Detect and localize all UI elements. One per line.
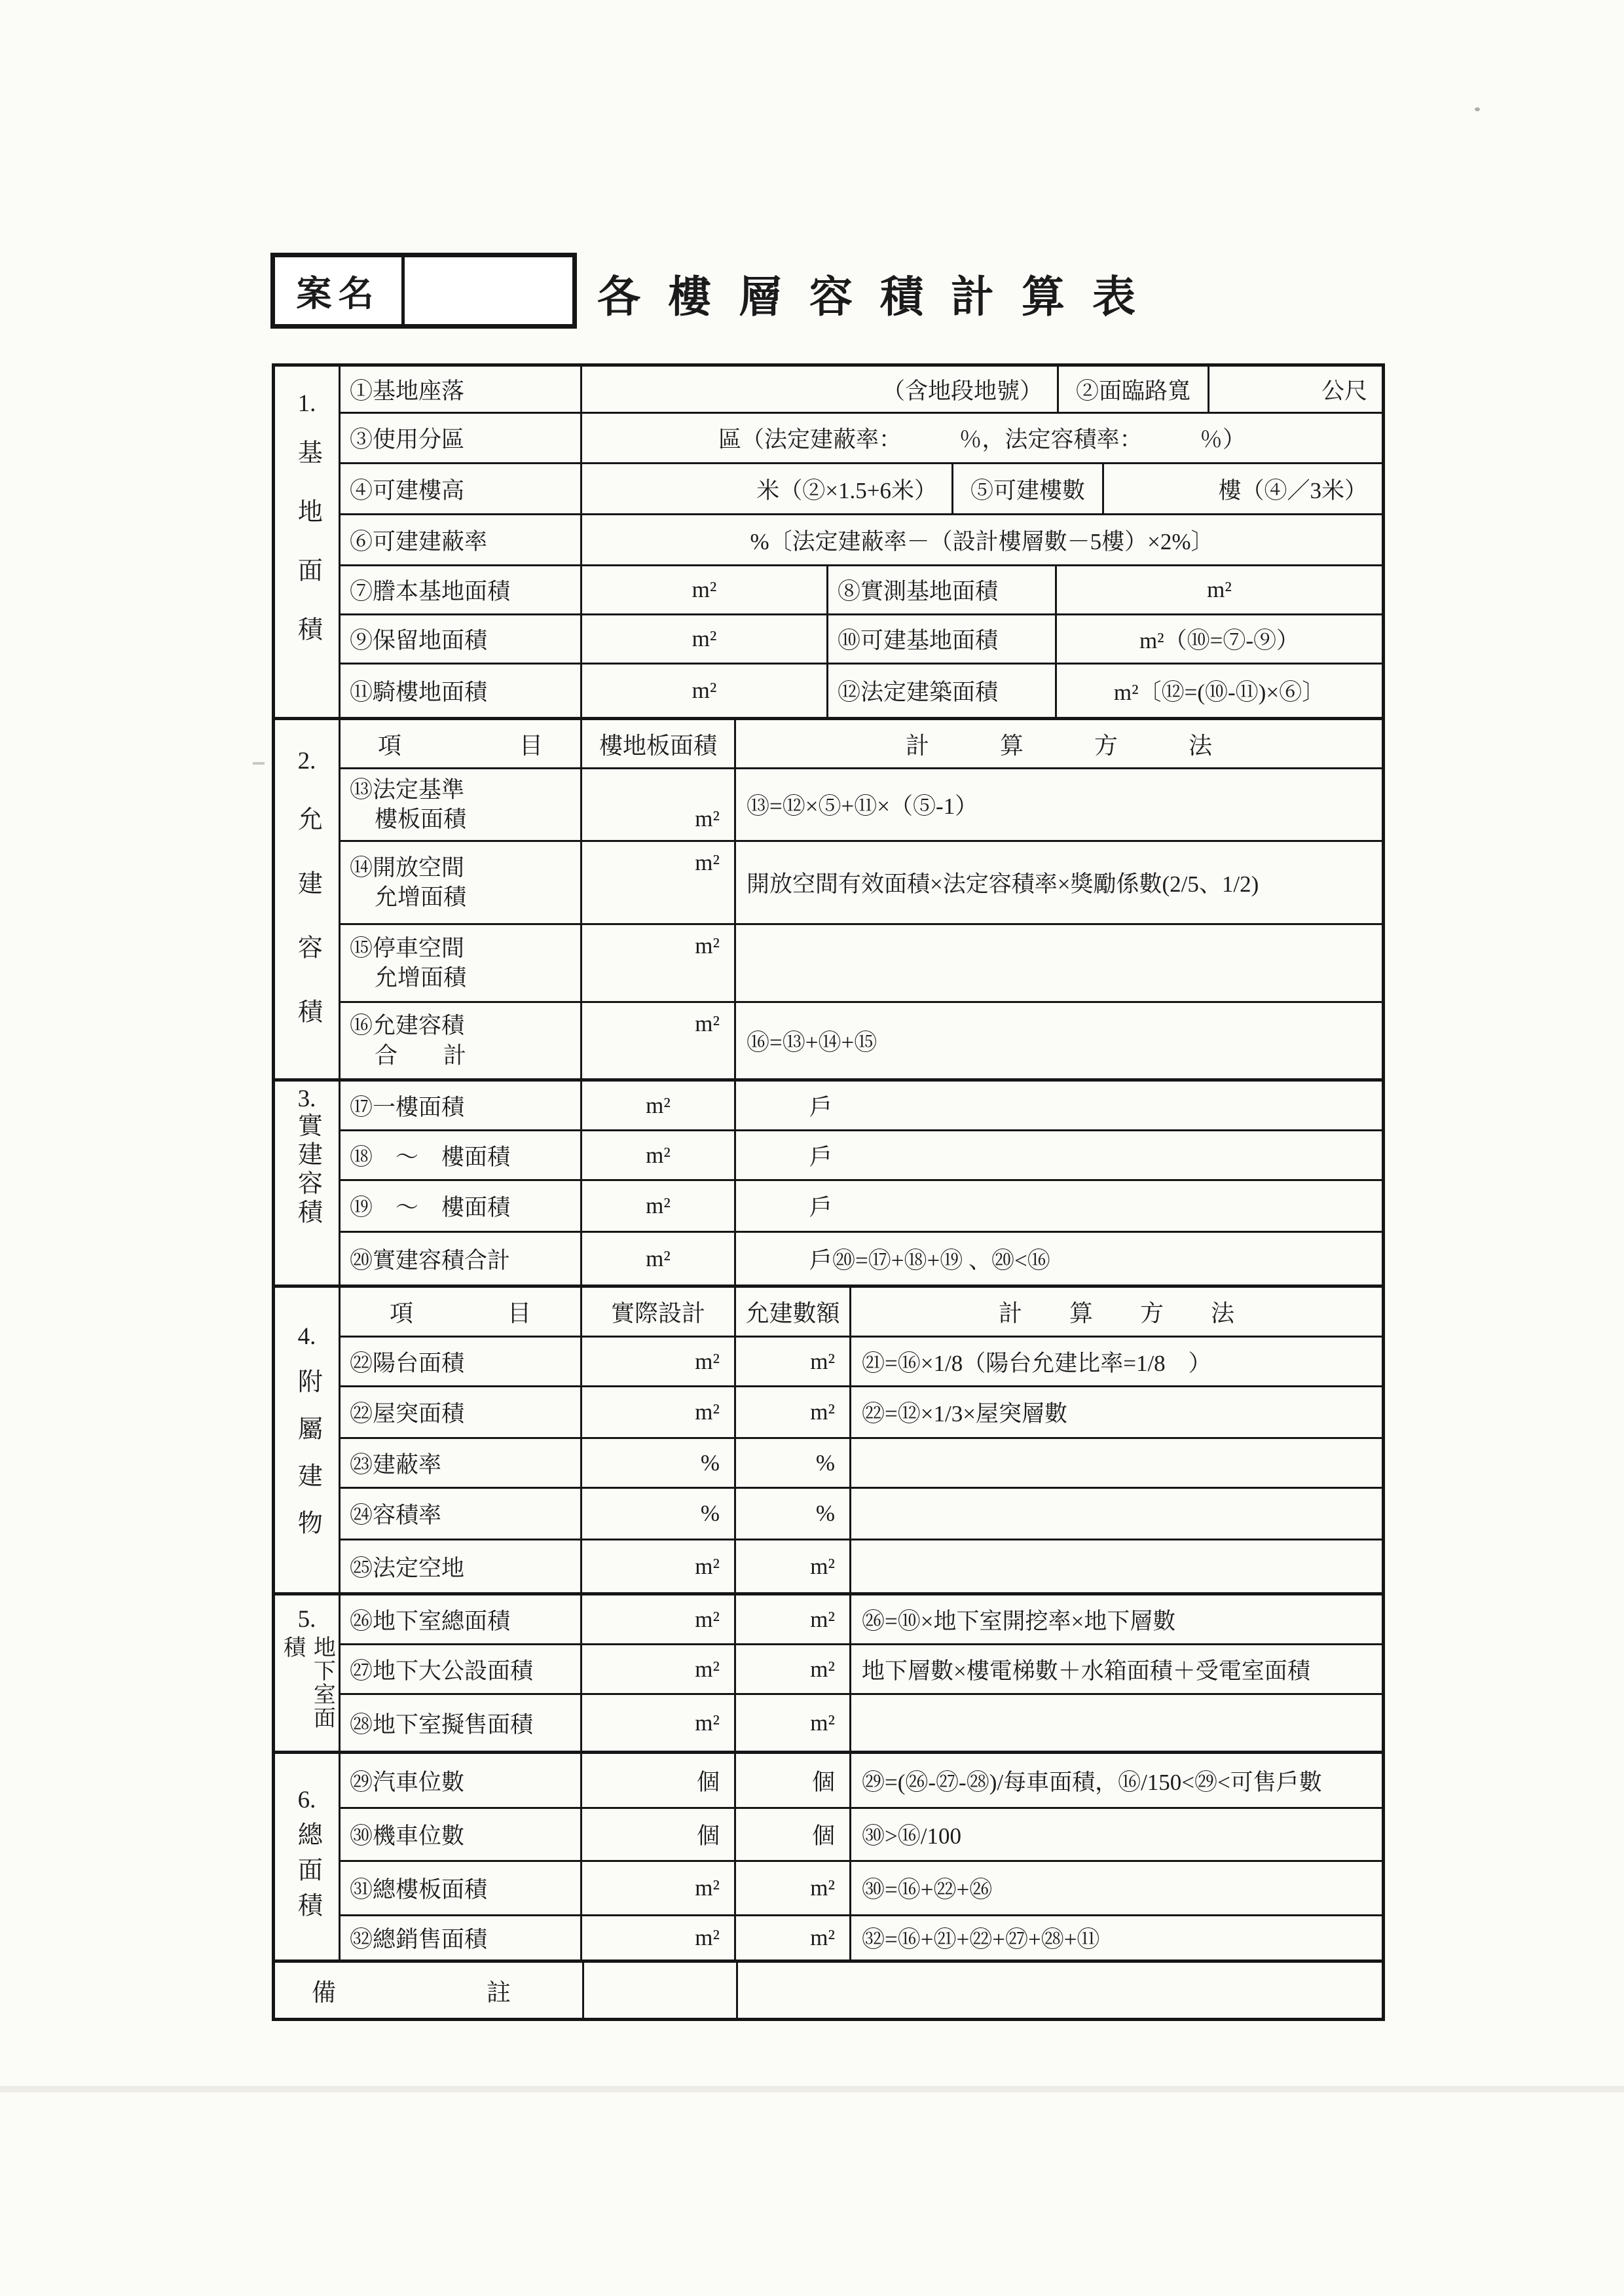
page-title: 各樓層容積計算表	[597, 262, 1163, 324]
col-header-calculation: 計 算 方 法	[851, 1288, 1382, 1336]
item-label: ⑩可建基地面積	[828, 615, 1057, 663]
unit-value: m²	[736, 1862, 851, 1914]
cell-value: 米（②×1.5+6米）	[582, 464, 953, 513]
scan-artifact	[1475, 107, 1480, 111]
formula	[736, 925, 1382, 1001]
remarks-value-cell	[738, 1963, 1382, 2018]
formula	[851, 1540, 1382, 1592]
item-label-line2: 允增面積	[350, 963, 466, 993]
table-row: ⑰一樓面積 m² 戶	[341, 1082, 1382, 1131]
item-label: ㉚機車位數	[341, 1809, 582, 1860]
unit-value: 個	[736, 1754, 851, 1807]
section-site-area: 1. 基地面積 ①基地座落 （含地段地號） ②面臨路寬 公尺 ③使用分區 區（法…	[275, 367, 1382, 720]
section-title: 允建容積	[293, 806, 321, 1063]
col-header-actual-design: 實際設計	[582, 1288, 736, 1336]
col-header-item: 項 目	[341, 1288, 582, 1336]
table-row: ㉛總樓板面積 m² m² ㉚=⑯+㉒+㉖	[341, 1862, 1382, 1916]
unit-value: m²	[582, 1082, 736, 1129]
unit-value: m²	[582, 1181, 736, 1231]
section-basement-area: 5. 地下室面積 ㉖地下室總面積 m² m² ㉖=⑩×地下室開挖率×地下層數 ㉗…	[275, 1595, 1382, 1754]
formula	[851, 1489, 1382, 1539]
formula: ㉑=⑯×1/8（陽台允建比率=1/8 ）	[851, 1338, 1382, 1385]
table-row: ⑪騎樓地面積 m² ⑫法定建築面積 m²〔⑫=(⑩-⑪)×⑥〕	[341, 665, 1382, 717]
unit-value: m²	[736, 1387, 851, 1437]
formula: ㉖=⑩×地下室開挖率×地下層數	[851, 1595, 1382, 1643]
table-row: ⑭開放空間 允增面積 m² 開放空間有效面積×法定容積率×獎勵係數(2/5、1/…	[341, 842, 1382, 925]
scanned-form-page: 案名 各樓層容積計算表 1. 基地面積 ①基地座落 （含地段地號） ②面臨路寬 …	[0, 0, 1624, 2296]
unit-value: 個	[582, 1754, 736, 1807]
item-label: ㉙汽車位數	[341, 1754, 582, 1807]
unit-value: m²	[736, 1645, 851, 1693]
table-row: ⑮停車空間 允增面積 m²	[341, 925, 1382, 1003]
item-label: ㉕法定空地	[341, 1540, 582, 1592]
table-row: ⑦謄本基地面積 m² ⑧實測基地面積 m²	[341, 566, 1382, 615]
formula: 地下層數×樓電梯數＋水箱面積＋受電室面積	[851, 1645, 1382, 1693]
formula: ⑬=⑫×⑤+⑪×（⑤-1）	[736, 769, 1382, 840]
table-row: ㉗地下大公設面積 m² m² 地下層數×樓電梯數＋水箱面積＋受電室面積	[341, 1645, 1382, 1695]
cell-value: %〔法定建蔽率－（設計樓層數－5樓）×2%〕	[582, 515, 1382, 564]
unit-value: %	[582, 1439, 736, 1487]
remarks-label: 備註	[275, 1963, 584, 2018]
unit-value: m²	[582, 1338, 736, 1385]
table-row: ⑥可建建蔽率 %〔法定建蔽率－（設計樓層數－5樓）×2%〕	[341, 515, 1382, 566]
unit-value: m²	[736, 1916, 851, 1959]
formula: ㉚>⑯/100	[851, 1809, 1382, 1860]
section-3-side-label: 3. 實建容積	[275, 1082, 341, 1285]
section-title: 基地面積	[293, 439, 321, 675]
unit-value: m²	[736, 1695, 851, 1751]
unit-value: %	[736, 1489, 851, 1539]
item-label: ⑱ ～ 樓面積	[341, 1131, 582, 1179]
item-label-line2: 合 計	[350, 1041, 466, 1071]
unit-value: m²〔⑫=(⑩-⑪)×⑥〕	[1057, 665, 1382, 717]
unit-value: %	[582, 1489, 736, 1539]
unit-value: m²	[736, 1338, 851, 1385]
item-label: ㉓建蔽率	[341, 1439, 582, 1487]
table-row: ⑯允建容積 合 計 m² ⑯=⑬+⑭+⑮	[341, 1003, 1382, 1078]
cell-value: （含地段地號）	[582, 367, 1059, 412]
table-row: ⑲ ～ 樓面積 m² 戶	[341, 1181, 1382, 1233]
formula	[851, 1695, 1382, 1751]
unit-value: m²	[582, 1003, 736, 1078]
scan-artifact	[0, 2086, 1624, 2092]
section-1-side-label: 1. 基地面積	[275, 367, 341, 717]
remarks-empty-cell	[584, 1963, 738, 2018]
item-label: ②面臨路寬	[1059, 367, 1209, 412]
table-row: ③使用分區 區（法定建蔽率： ％，法定容積率： ％）	[341, 414, 1382, 464]
unit-value: m²	[582, 1540, 736, 1592]
section-total-area: 6. 總面積 ㉙汽車位數 個 個 ㉙=(㉖-㉗-㉘)/每車面積，⑯/150<㉙<…	[275, 1754, 1382, 1963]
item-label: ⑪騎樓地面積	[341, 665, 582, 717]
item-label: ⑲ ～ 樓面積	[341, 1181, 582, 1231]
item-label: ㉛總樓板面積	[341, 1862, 582, 1914]
unit-value: m²	[582, 1387, 736, 1437]
unit-value: 個	[582, 1809, 736, 1860]
formula: ㉚=⑯+㉒+㉖	[851, 1862, 1382, 1914]
table-row: ㉒陽台面積 m² m² ㉑=⑯×1/8（陽台允建比率=1/8 ）	[341, 1338, 1382, 1387]
section-number: 5.	[298, 1607, 316, 1631]
floor-area-calculation-table: 1. 基地面積 ①基地座落 （含地段地號） ②面臨路寬 公尺 ③使用分區 區（法…	[272, 363, 1385, 2021]
table-row: ⑳實建容積合計 m² 戶⑳=⑰+⑱+⑲ 、⑳<⑯	[341, 1233, 1382, 1285]
formula: 戶	[736, 1181, 1382, 1231]
table-row: ⑬法定基準 樓板面積 m² ⑬=⑫×⑤+⑪×（⑤-1）	[341, 769, 1382, 842]
item-label: ㉜總銷售面積	[341, 1916, 582, 1959]
item-label: ③使用分區	[341, 414, 582, 462]
section-built-floor-area: 3. 實建容積 ⑰一樓面積 m² 戶 ⑱ ～ 樓面積 m² 戶 ⑲ ～ 樓面積 …	[275, 1082, 1382, 1288]
item-label: ⑳實建容積合計	[341, 1233, 582, 1285]
table-row: ㉚機車位數 個 個 ㉚>⑯/100	[341, 1809, 1382, 1862]
table-header-row: 項 目 樓地板面積 計 算 方 法	[341, 720, 1382, 769]
item-label: ④可建樓高	[341, 464, 582, 513]
unit-value: m²	[582, 842, 736, 923]
col-header-floor-area: 樓地板面積	[582, 720, 736, 767]
section-number: 1.	[298, 392, 316, 416]
table-row: 備註	[275, 1963, 1382, 2018]
formula: 開放空間有效面積×法定容積率×獎勵係數(2/5、1/2)	[736, 842, 1382, 923]
item-label: ⑯允建容積 合 計	[341, 1003, 582, 1078]
table-row: ⑨保留地面積 m² ⑩可建基地面積 m²（⑩=⑦-⑨）	[341, 615, 1382, 665]
unit-value: m²	[1057, 566, 1382, 613]
table-row: ①基地座落 （含地段地號） ②面臨路寬 公尺	[341, 367, 1382, 414]
item-label: ㉔容積率	[341, 1489, 582, 1539]
col-header-item: 項 目	[341, 720, 582, 767]
unit-value: m²	[582, 1131, 736, 1179]
table-header-row: 項 目 實際設計 允建數額 計 算 方 法	[341, 1288, 1382, 1338]
table-row: ④可建樓高 米（②×1.5+6米） ⑤可建樓數 樓（④／3米）	[341, 464, 1382, 515]
unit-value: m²	[582, 1645, 736, 1693]
unit-value: m²	[582, 925, 736, 1001]
section-title: 地下室面積	[277, 1635, 337, 1739]
table-row: ㉕法定空地 m² m²	[341, 1540, 1382, 1592]
formula: ㉒=⑫×1/3×屋突層數	[851, 1387, 1382, 1437]
unit-value: m²	[582, 665, 828, 717]
formula: ㉙=(㉖-㉗-㉘)/每車面積，⑯/150<㉙<可售戶數	[851, 1754, 1382, 1807]
item-label: ⑫法定建築面積	[828, 665, 1057, 717]
item-label-line1: ⑬法定基準	[350, 775, 464, 805]
table-row: ⑱ ～ 樓面積 m² 戶	[341, 1131, 1382, 1181]
item-label-line1: ⑯允建容積	[350, 1011, 464, 1041]
section-4-side-label: 4. 附屬建物	[275, 1288, 341, 1592]
unit-value: %	[736, 1439, 851, 1487]
item-label: ⑦謄本基地面積	[341, 566, 582, 613]
item-label-line1: ⑭開放空間	[350, 853, 464, 883]
section-title: 附屬建物	[293, 1368, 321, 1557]
section-title: 總面積	[293, 1821, 321, 1927]
item-label: ㉒屋突面積	[341, 1387, 582, 1437]
formula	[851, 1439, 1382, 1487]
section-number: 2.	[298, 749, 316, 773]
formula: ㉜=⑯+㉑+㉒+㉗+㉘+⑪	[851, 1916, 1382, 1959]
unit-value: m²	[582, 1916, 736, 1959]
scan-artifact	[253, 762, 265, 765]
table-row: ㉘地下室擬售面積 m² m²	[341, 1695, 1382, 1751]
formula: 戶	[736, 1082, 1382, 1129]
unit-value: 個	[736, 1809, 851, 1860]
table-row: ㉙汽車位數 個 個 ㉙=(㉖-㉗-㉘)/每車面積，⑯/150<㉙<可售戶數	[341, 1754, 1382, 1809]
unit-value: m²	[582, 1595, 736, 1643]
item-label-line2: 樓板面積	[350, 805, 466, 835]
item-label: ①基地座落	[341, 367, 582, 412]
section-allowed-floor-area: 2. 允建容積 項 目 樓地板面積 計 算 方 法 ⑬法定基準 樓板面積 m² …	[275, 720, 1382, 1082]
table-row: ㉜總銷售面積 m² m² ㉜=⑯+㉑+㉒+㉗+㉘+⑪	[341, 1916, 1382, 1959]
unit-value: m²	[582, 1695, 736, 1751]
item-label: ⑮停車空間 允增面積	[341, 925, 582, 1001]
section-6-side-label: 6. 總面積	[275, 1754, 341, 1959]
unit-value: m²	[582, 769, 736, 840]
table-row: ㉓建蔽率 % %	[341, 1439, 1382, 1489]
item-label: ㉖地下室總面積	[341, 1595, 582, 1643]
formula: 戶	[736, 1131, 1382, 1179]
item-label: ㉗地下大公設面積	[341, 1645, 582, 1693]
section-title: 實建容積	[293, 1112, 321, 1228]
section-number: 6.	[298, 1788, 316, 1812]
col-header-calculation: 計 算 方 法	[736, 720, 1382, 767]
section-2-side-label: 2. 允建容積	[275, 720, 341, 1078]
cell-value: 區（法定建蔽率： ％，法定容積率： ％）	[582, 414, 1382, 462]
table-row: ㉔容積率 % %	[341, 1489, 1382, 1540]
item-label: ⑰一樓面積	[341, 1082, 582, 1129]
section-number: 4.	[298, 1324, 316, 1349]
formula: 戶⑳=⑰+⑱+⑲ 、⑳<⑯	[736, 1233, 1382, 1285]
case-name-field	[405, 257, 572, 324]
item-label: ⑤可建樓數	[953, 464, 1104, 513]
section-accessory-structures: 4. 附屬建物 項 目 實際設計 允建數額 計 算 方 法 ㉒陽台面積 m² m…	[275, 1288, 1382, 1595]
table-row: ㉒屋突面積 m² m² ㉒=⑫×1/3×屋突層數	[341, 1387, 1382, 1439]
col-header-allowed-amount: 允建數額	[736, 1288, 851, 1336]
unit-value: m²	[582, 1862, 736, 1914]
item-label: ⑭開放空間 允增面積	[341, 842, 582, 923]
cell-value: 樓（④／3米）	[1104, 464, 1382, 513]
unit-value: m²	[736, 1595, 851, 1643]
section-remarks: 備註	[275, 1963, 1382, 2018]
item-label: ⑥可建建蔽率	[341, 515, 582, 564]
unit-value: m²	[582, 615, 828, 663]
item-label: ㉘地下室擬售面積	[341, 1695, 582, 1751]
unit-value: m²（⑩=⑦-⑨）	[1057, 615, 1382, 663]
item-label: ㉒陽台面積	[341, 1338, 582, 1385]
section-5-side-label: 5. 地下室面積	[275, 1595, 341, 1751]
case-name-label: 案名	[275, 257, 405, 324]
unit-value: m²	[582, 1233, 736, 1285]
item-label-line2: 允增面積	[350, 883, 466, 913]
item-label: ⑬法定基準 樓板面積	[341, 769, 582, 840]
unit-value: m²	[736, 1540, 851, 1592]
case-name-box: 案名	[270, 253, 577, 329]
cell-value: 公尺	[1209, 367, 1382, 412]
formula: ⑯=⑬+⑭+⑮	[736, 1003, 1382, 1078]
item-label-line1: ⑮停車空間	[350, 934, 464, 964]
section-number: 3.	[298, 1087, 316, 1111]
item-label: ⑨保留地面積	[341, 615, 582, 663]
unit-value: m²	[582, 566, 828, 613]
item-label: ⑧實測基地面積	[828, 566, 1057, 613]
table-row: ㉖地下室總面積 m² m² ㉖=⑩×地下室開挖率×地下層數	[341, 1595, 1382, 1645]
